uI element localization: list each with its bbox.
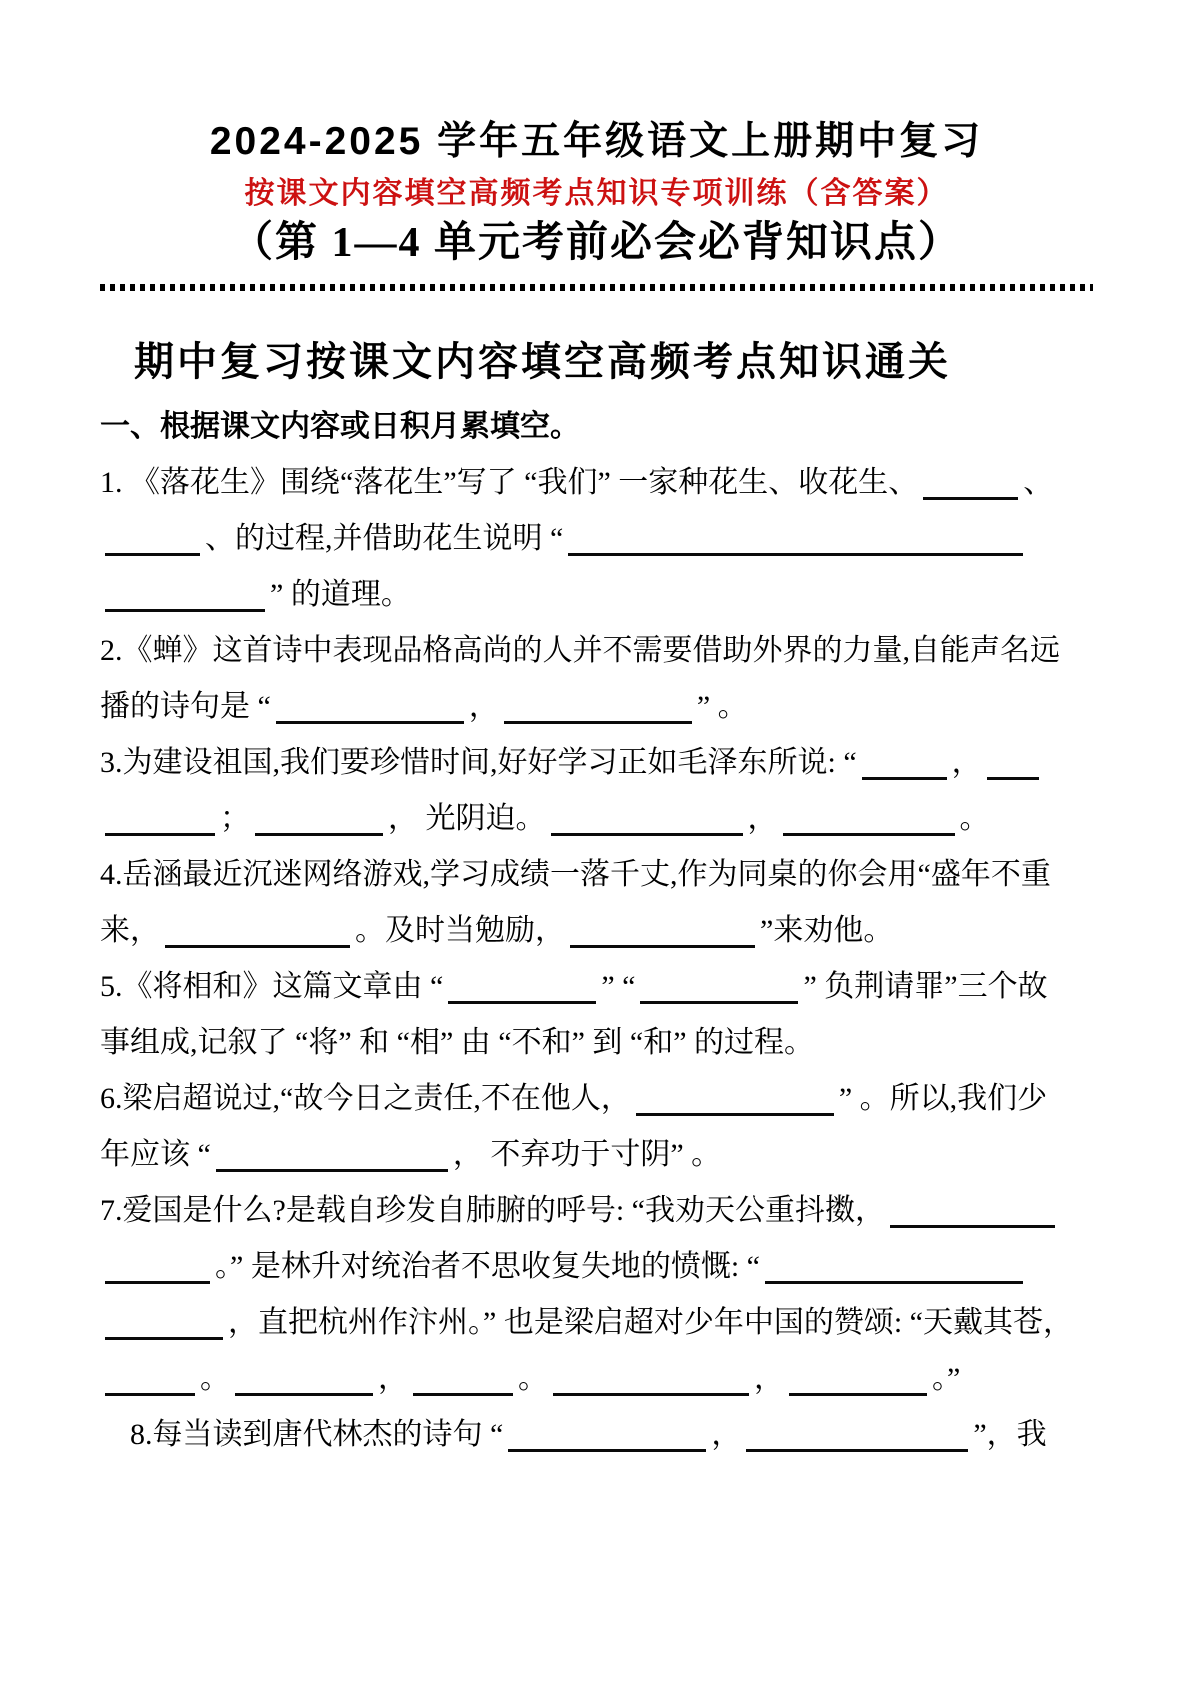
question-text: 。 (518, 1362, 548, 1395)
fill-in-blank (783, 799, 955, 836)
question-text: 来， (100, 914, 160, 947)
question-1-line-3: ” 的道理。 (100, 567, 1093, 623)
instruction-heading: 一、根据课文内容或日积月累填空。 (100, 407, 1093, 447)
question-text: ， 光阴迫。 (388, 802, 546, 835)
subtitle-red: 按课文内容填空高频考点知识专项训练（含答案） (100, 172, 1093, 216)
question-text: 、的过程,并借助花生说明 “ (205, 522, 563, 555)
fill-in-blank (235, 1359, 373, 1396)
question-7-line-4: 。，。，。” (100, 1351, 1093, 1407)
fill-in-blank (105, 1247, 210, 1284)
fill-in-blank (105, 519, 200, 556)
fill-in-blank (746, 1415, 968, 1452)
section-heading: 期中复习按课文内容填空高频考点知识通关 (134, 339, 1093, 385)
question-text: ， (378, 1362, 408, 1395)
fill-in-blank (862, 743, 947, 780)
question-text: 3.为建设祖国,我们要珍惜时间,好好学习正如毛泽东所说: “ (100, 746, 857, 779)
fill-in-blank (504, 687, 692, 724)
question-text: ，直把杭州作汴州。” 也是梁启超对少年中国的赞颂: “天戴其苍， (228, 1306, 1073, 1339)
questions-list: 1. 《落花生》围绕“落花生”写了 “我们” 一家种花生、收花生、、、的过程,并… (100, 455, 1093, 1463)
question-5-line-2: 事组成,记叙了 “将” 和 “相” 由 “不和” 到 “和” 的过程。 (100, 1015, 1093, 1071)
question-8-line-1: 8.每当读到唐代林杰的诗句 “，”，我 (100, 1407, 1093, 1463)
fill-in-blank (551, 799, 743, 836)
fill-in-blank (640, 967, 798, 1004)
fill-in-blank (568, 519, 1023, 556)
fill-in-blank (105, 575, 265, 612)
fill-in-blank (165, 911, 350, 948)
question-text: 、 (1023, 466, 1053, 499)
subtitle-bracket: （第 1—4 单元考前必会必背知识点） (100, 218, 1093, 268)
question-6-line-1: 6.梁启超说过,“故今日之责任,不在他人，” 。所以,我们少 (100, 1071, 1093, 1127)
question-text: ” 。所以,我们少 (839, 1082, 1047, 1115)
fill-in-blank (105, 1359, 195, 1396)
fill-in-blank (765, 1247, 1023, 1284)
question-text: ”来劝他。 (760, 914, 893, 947)
fill-in-blank (570, 911, 755, 948)
question-text: 。” 是林升对统治者不思收复失地的愤慨: “ (215, 1250, 760, 1283)
question-text: 4.岳涵最近沉迷网络游戏,学习成绩一落千丈,作为同桌的你会用“盛年不重 (100, 858, 1051, 891)
question-4-line-1: 4.岳涵最近沉迷网络游戏,学习成绩一落千丈,作为同桌的你会用“盛年不重 (100, 847, 1093, 903)
fill-in-blank (413, 1359, 513, 1396)
question-text: 。 (200, 1362, 230, 1395)
question-text: ， (711, 1418, 741, 1451)
question-text: 。” (932, 1362, 960, 1395)
question-text: ， 不弃功于寸阴” 。 (453, 1138, 721, 1171)
page-title: 2024-2025 学年五年级语文上册期中复习 (100, 118, 1093, 166)
question-7-line-3: ，直把杭州作汴州。” 也是梁启超对少年中国的赞颂: “天戴其苍， (100, 1295, 1093, 1351)
question-text: 5.《将相和》这篇文章由 “ (100, 970, 443, 1003)
fill-in-blank (553, 1359, 749, 1396)
question-text: ” “ (601, 970, 635, 1003)
question-6-line-2: 年应该 “， 不弃功于寸阴” 。 (100, 1127, 1093, 1183)
question-text: 。及时当勉励， (355, 914, 565, 947)
fill-in-blank (636, 1079, 834, 1116)
question-text: 播的诗句是 “ (100, 690, 271, 723)
question-text: 8.每当读到唐代林杰的诗句 “ (130, 1418, 503, 1451)
question-text: ”，我 (973, 1418, 1046, 1451)
fill-in-blank (105, 1303, 223, 1340)
question-7-line-1: 7.爱国是什么?是载自珍发自肺腑的呼号: “我劝天公重抖擞， (100, 1183, 1093, 1239)
fill-in-blank (105, 799, 215, 836)
question-text: 1. 《落花生》围绕“落花生”写了 “我们” 一家种花生、收花生、 (100, 466, 918, 499)
question-4-line-2: 来，。及时当勉励，”来劝他。 (100, 903, 1093, 959)
dotted-divider (100, 284, 1093, 291)
question-text: ” 负荆请罪”三个故 (803, 970, 1047, 1003)
question-text: ； (220, 802, 250, 835)
fill-in-blank (276, 687, 464, 724)
question-2-line-2: 播的诗句是 “，” 。 (100, 679, 1093, 735)
question-text: 6.梁启超说过,“故今日之责任,不在他人， (100, 1082, 631, 1115)
document-header: 2024-2025 学年五年级语文上册期中复习 按课文内容填空高频考点知识专项训… (100, 118, 1093, 268)
fill-in-blank (255, 799, 383, 836)
question-text: 事组成,记叙了 “将” 和 “相” 由 “不和” 到 “和” 的过程。 (100, 1026, 814, 1059)
question-1-line-1: 1. 《落花生》围绕“落花生”写了 “我们” 一家种花生、收花生、、 (100, 455, 1093, 511)
fill-in-blank (923, 463, 1018, 500)
question-1-line-2: 、的过程,并借助花生说明 “ (100, 511, 1093, 567)
fill-in-blank (216, 1135, 448, 1172)
question-text: 2.《蝉》这首诗中表现品格高尚的人并不需要借助外界的力量,自能声名远 (100, 634, 1060, 667)
fill-in-blank (508, 1415, 706, 1452)
question-3-line-1: 3.为建设祖国,我们要珍惜时间,好好学习正如毛泽东所说: “， (100, 735, 1093, 791)
question-text: ” 。 (697, 690, 748, 723)
question-3-line-2: ；， 光阴迫。，。 (100, 791, 1093, 847)
question-text: ， (748, 802, 778, 835)
question-text: ， (754, 1362, 784, 1395)
question-text: ” 的道理。 (270, 578, 411, 611)
question-text: 年应该 “ (100, 1138, 211, 1171)
question-text: 7.爱国是什么?是载自珍发自肺腑的呼号: “我劝天公重抖擞， (100, 1194, 885, 1227)
question-7-line-2: 。” 是林升对统治者不思收复失地的愤慨: “ (100, 1239, 1093, 1295)
question-text: 。 (960, 802, 990, 835)
question-text: ， (469, 690, 499, 723)
fill-in-blank (789, 1359, 927, 1396)
question-5-line-1: 5.《将相和》这篇文章由 “” “” 负荆请罪”三个故 (100, 959, 1093, 1015)
question-2-line-1: 2.《蝉》这首诗中表现品格高尚的人并不需要借助外界的力量,自能声名远 (100, 623, 1093, 679)
fill-in-blank (448, 967, 596, 1004)
question-text: ， (952, 746, 982, 779)
fill-in-blank (987, 743, 1039, 780)
fill-in-blank (890, 1191, 1055, 1228)
document-page: 2024-2025 学年五年级语文上册期中复习 按课文内容填空高频考点知识专项训… (0, 0, 1191, 1684)
